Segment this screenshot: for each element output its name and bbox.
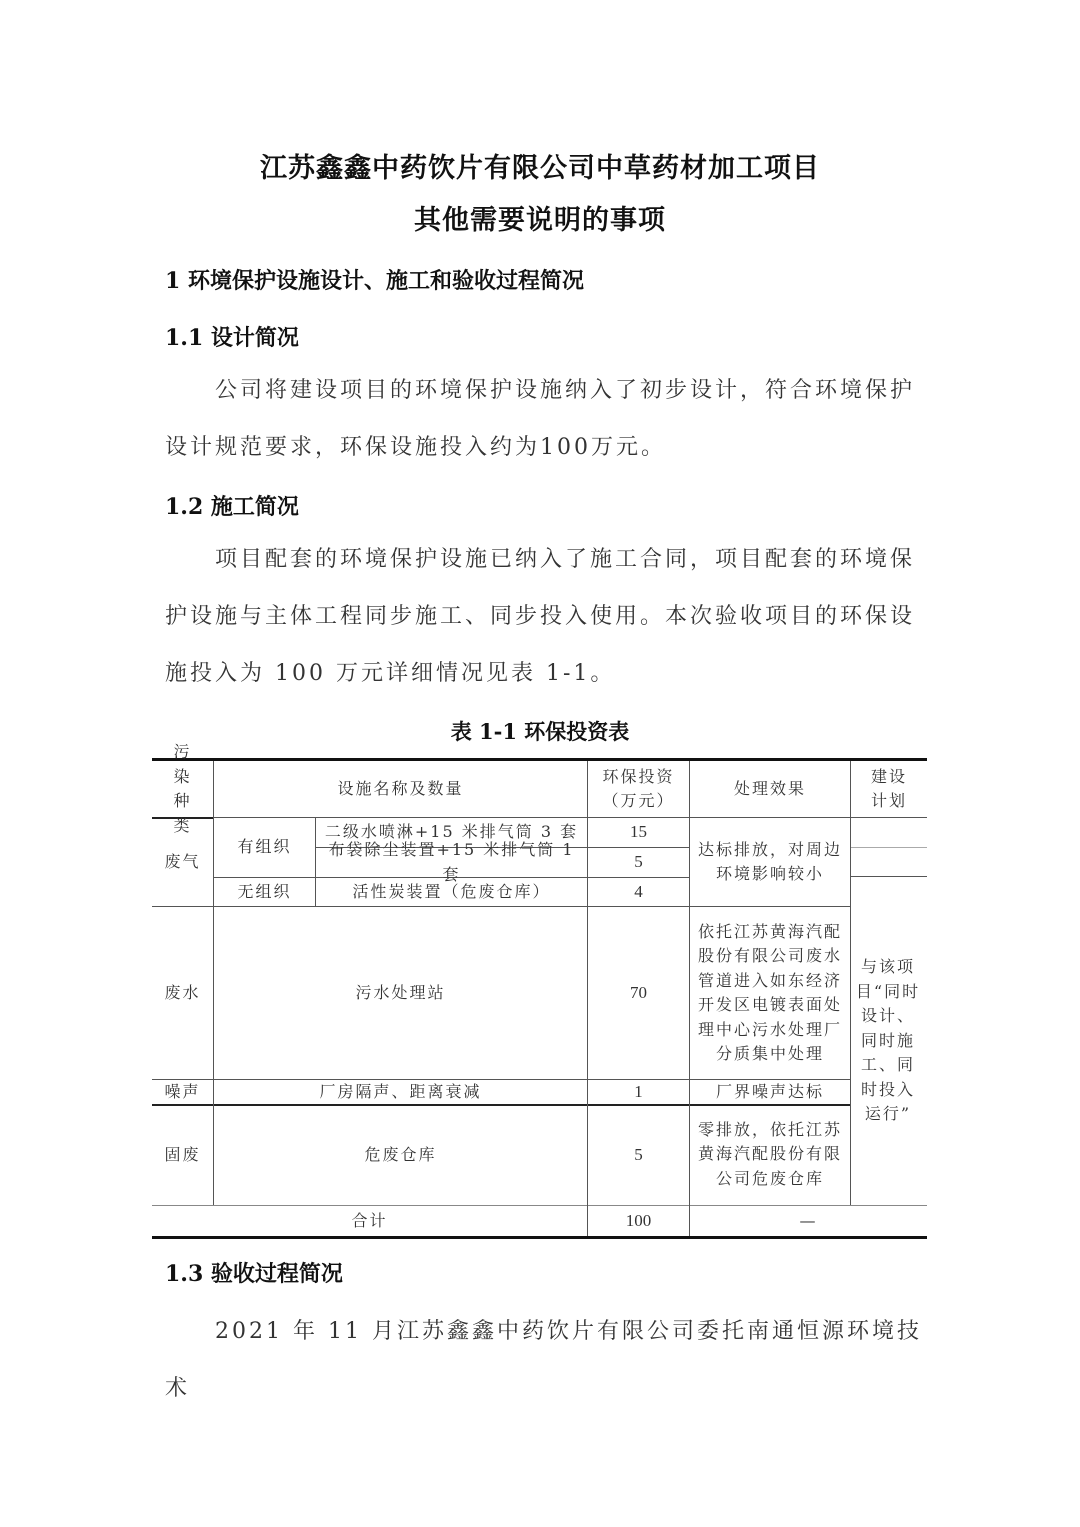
cell-effect-water: 依托江苏黄海汽配股份有限公司废水管道进入如东经济开发区电镀表面处理中心污水处理厂… <box>696 905 844 1081</box>
paragraph-line: 设计规范要求，环保设施投入约为100万元。 <box>165 435 666 460</box>
cell-type-solid: 固废 <box>152 1106 213 1205</box>
cell-effect-gas: 达标排放，对周边环境影响较小 <box>696 818 844 906</box>
cell-total-effect: — <box>690 1206 927 1236</box>
cell-effect-noise: 厂界噪声达标 <box>690 1080 850 1104</box>
cell-total-label: 合计 <box>152 1206 587 1236</box>
cell-effect-solid: 零排放，依托江苏黄海汽配股份有限公司危废仓库 <box>696 1104 844 1205</box>
header-effect: 处理效果 <box>690 761 850 817</box>
cell-investment: 70 <box>588 907 689 1079</box>
paragraph-acceptance: 2021 年 11 月江苏鑫鑫中药饮片有限公司委托南通恒源环境技术 <box>165 1303 925 1417</box>
document-title-line2: 其他需要说明的事项 <box>0 198 1080 237</box>
header-pollution-type: 污染种类 <box>152 761 213 817</box>
paragraph-construction: 项目配套的环境保护设施已纳入了施工合同，项目配套的环境保 护设施与主体工程同步施… <box>165 531 925 702</box>
table-caption: 表 1-1 环保投资表 <box>0 716 1080 746</box>
table-bottom-rule <box>152 1236 927 1239</box>
cell-type-water: 废水 <box>152 907 213 1079</box>
table-col-rule <box>689 761 690 1236</box>
paragraph-line: 2021 年 11 月江苏鑫鑫中药饮片有限公司委托南通恒源环境技术 <box>165 1319 922 1401</box>
paragraph-line: 护设施与主体工程同步施工、同步投入使用。本次验收项目的环保设 <box>165 604 915 629</box>
section-heading-1: 1 环境保护设施设计、施工和验收过程简况 <box>165 264 584 295</box>
cell-investment: 5 <box>588 1106 689 1205</box>
cell-facility: 布袋除尘装置+15 米排气筒 1 套 <box>316 848 587 877</box>
cell-total-value: 100 <box>588 1206 689 1236</box>
cell-type-noise: 噪声 <box>152 1080 213 1104</box>
table-col-rule <box>850 761 851 1205</box>
cell-type-gas: 废气 <box>152 818 213 906</box>
paragraph-line: 施投入为 100 万元详细情况见表 1-1。 <box>165 661 615 686</box>
cell-investment: 4 <box>588 878 689 906</box>
paragraph-design: 公司将建设项目的环境保护设施纳入了初步设计，符合环境保护 设计规范要求，环保设施… <box>165 362 925 476</box>
paragraph-line: 公司将建设项目的环境保护设施纳入了初步设计，符合环境保护 <box>215 378 915 403</box>
document-title-line1: 江苏鑫鑫中药饮片有限公司中草药材加工项目 <box>0 146 1080 185</box>
header-plan: 建设计划 <box>851 761 927 817</box>
cell-investment: 1 <box>588 1080 689 1104</box>
header-facility: 设施名称及数量 <box>214 761 587 817</box>
cell-plan: 与该项目“同时设计、同时施工、同时投入运行” <box>855 877 921 1205</box>
table-rule <box>850 847 927 848</box>
cell-facility: 活性炭装置（危废仓库） <box>316 878 587 906</box>
paragraph-line: 项目配套的环境保护设施已纳入了施工合同，项目配套的环境保 <box>215 547 915 572</box>
section-heading-1-2: 1.2 施工简况 <box>165 490 299 521</box>
cell-facility: 污水处理站 <box>214 907 587 1079</box>
cell-investment: 5 <box>588 848 689 877</box>
cell-investment: 15 <box>588 818 689 847</box>
cell-facility: 危废仓库 <box>214 1106 587 1205</box>
section-heading-1-3: 1.3 验收过程简况 <box>165 1257 343 1288</box>
header-investment: 环保投资（万元） <box>588 761 689 817</box>
cell-sub-organized: 有组织 <box>214 818 315 877</box>
cell-sub-unorganized: 无组织 <box>214 878 315 906</box>
cell-facility: 厂房隔声、距离衰减 <box>214 1080 587 1104</box>
section-heading-1-1: 1.1 设计简况 <box>165 321 299 352</box>
